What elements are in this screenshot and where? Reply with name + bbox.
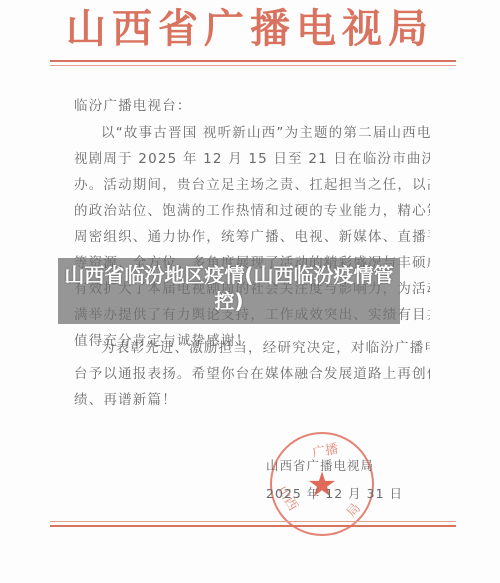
paragraph-line: 办。活动期间，贵台立足主场之责、扛起担当之任，以高度 — [74, 172, 430, 198]
document-page: 山西省广播电视局 临汾广播电视台： 以“故事古晋国 视听新山西”为主题的第二届山… — [0, 0, 500, 583]
header-rule-thin — [50, 65, 456, 66]
caption-title: 山西省临汾地区疫情(山西临汾疫情管控) — [58, 262, 400, 314]
paragraph-line: 为表彰先进、激励担当，经研究决定，对临汾广播电视 — [74, 335, 430, 361]
paragraph-line: 的政治站位、饱满的工作热情和过硬的专业能力，精心策划、 — [74, 198, 430, 224]
paragraph-line: 绩、再谱新篇！ — [74, 387, 430, 413]
header-rule-thick — [50, 60, 456, 62]
paragraph-line: 周密组织、通力协作，统筹广播、电视、新媒体、直播平台 — [74, 224, 430, 250]
footer-rule-thin — [50, 521, 456, 522]
masthead-title: 山西省广播电视局 — [0, 4, 500, 54]
paragraph-2: 为表彰先进、激励担当，经研究决定，对临汾广播电视 台予以通报表扬。希望你台在媒体… — [74, 335, 430, 413]
signature-date: 2025 年 12 月 31 日 — [266, 480, 403, 508]
paragraph-line: 以“故事古晋国 视听新山西”为主题的第二届山西电 — [74, 120, 430, 146]
footer-rule-thick — [50, 525, 456, 527]
signature-org: 山西省广播电视局 — [266, 452, 403, 480]
salutation: 临汾广播电视台： — [74, 93, 430, 119]
paragraph-line: 台予以通报表扬。希望你台在媒体融合发展道路上再创佳 — [74, 361, 430, 387]
paragraph-line: 视剧周于 2025 年 12 月 15 日至 21 日在临汾市曲沃县成功举 — [74, 146, 430, 172]
signature-block: 山西省广播电视局 2025 年 12 月 31 日 — [266, 452, 403, 508]
